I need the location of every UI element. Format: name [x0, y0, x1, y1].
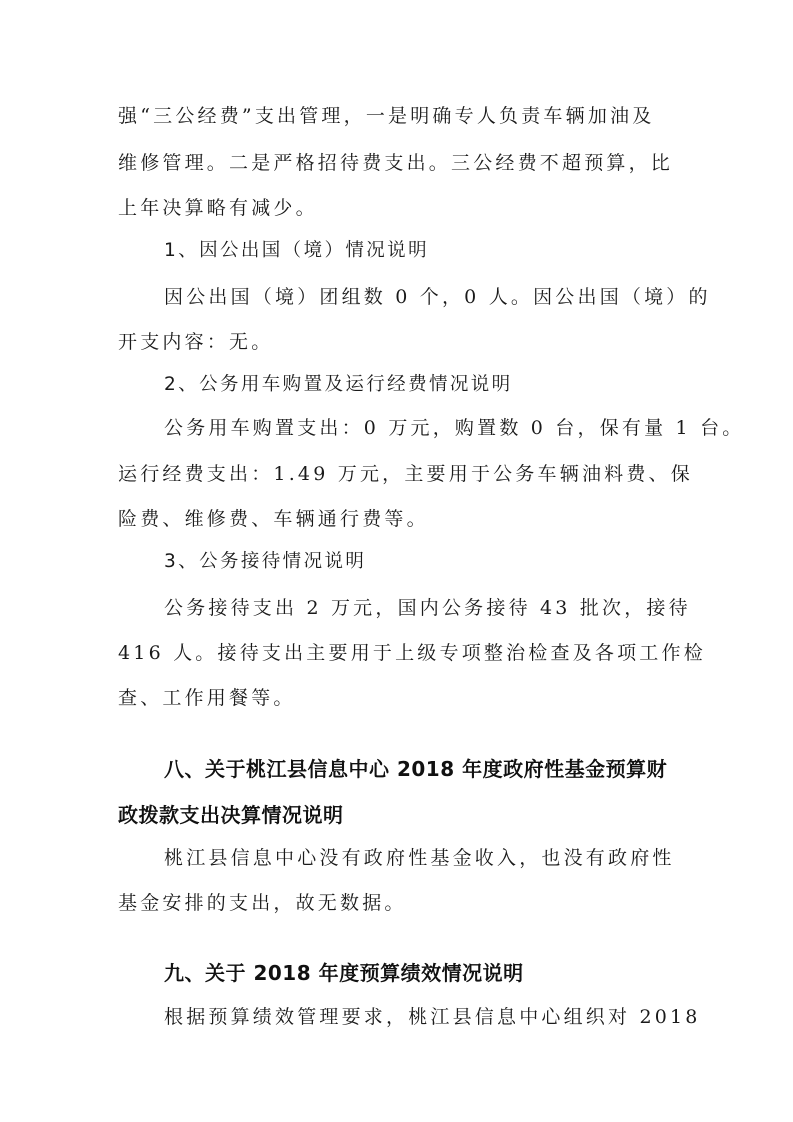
- subheading-foreign-travel: 1、因公出国（境）情况说明: [164, 236, 429, 262]
- paragraph-line: 416 人。接待支出主要用于上级专项整治检查及各项工作检: [118, 638, 706, 665]
- section-9-heading: 九、关于 2018 年度预算绩效情况说明: [164, 957, 524, 986]
- section-8-heading: 八、关于桃江县信息中心 2018 年度政府性基金预算财: [164, 753, 667, 782]
- section-8-heading-cont: 政拨款支出决算情况说明: [118, 799, 344, 828]
- paragraph-line: 开支内容：无。: [118, 327, 273, 354]
- paragraph-line: 查、工作用餐等。: [118, 683, 296, 710]
- paragraph-line: 险费、维修费、车辆通行费等。: [118, 504, 429, 531]
- paragraph-line: 维修管理。二是严格招待费支出。三公经费不超预算，比: [118, 148, 673, 175]
- paragraph-line: 上年决算略有减少。: [118, 193, 318, 220]
- paragraph-line: 因公出国（境）团组数 0 个，0 人。因公出国（境）的: [164, 282, 711, 309]
- paragraph-line: 桃江县信息中心没有政府性基金收入，也没有政府性: [164, 843, 675, 870]
- paragraph-line: 公务接待支出 2 万元，国内公务接待 43 批次，接待: [164, 593, 691, 620]
- subheading-official-vehicles: 2、公务用车购置及运行经费情况说明: [164, 370, 513, 396]
- paragraph-line: 运行经费支出：1.49 万元，主要用于公务车辆油料费、保: [118, 459, 693, 486]
- subheading-official-reception: 3、公务接待情况说明: [164, 547, 366, 573]
- paragraph-line: 基金安排的支出，故无数据。: [118, 888, 407, 915]
- paragraph-line: 公务用车购置支出：0 万元，购置数 0 台，保有量 1 台。: [164, 413, 744, 440]
- paragraph-line: 强“三公经费”支出管理，一是明确专人负责车辆加油及: [118, 101, 654, 128]
- paragraph-line: 根据预算绩效管理要求，桃江县信息中心组织对 2018: [164, 1002, 701, 1029]
